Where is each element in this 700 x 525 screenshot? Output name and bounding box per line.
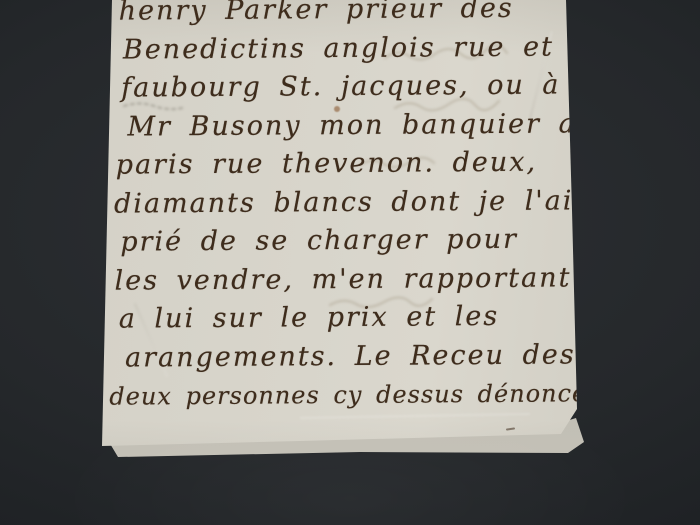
letter-line: a lui sur le prix et les <box>119 297 583 339</box>
letter-line: les vendre, m'en rapportant <box>114 259 582 301</box>
letter-line: henry Parker prieur des <box>119 0 581 31</box>
letter-line: faubourg St. jacques, ou à <box>121 66 581 108</box>
letter-line: Benedictins anglois rue et <box>123 28 581 70</box>
letter-line: paris rue thevenon. deux, <box>116 143 582 185</box>
photograph: henry Parker prieur des Benedictins angl… <box>0 0 700 525</box>
letter-line: Mr Busony mon banquier a <box>127 105 581 147</box>
letter-line: prié de se charger pour <box>120 220 582 262</box>
letter-line: diamants blancs dont je l'ai <box>114 182 582 224</box>
letter-text: henry Parker prieur des Benedictins angl… <box>111 0 584 416</box>
letter-line: arangements. Le Receu des <box>125 336 583 378</box>
letter-line: deux personnes cy dessus dénoncés <box>109 374 583 416</box>
